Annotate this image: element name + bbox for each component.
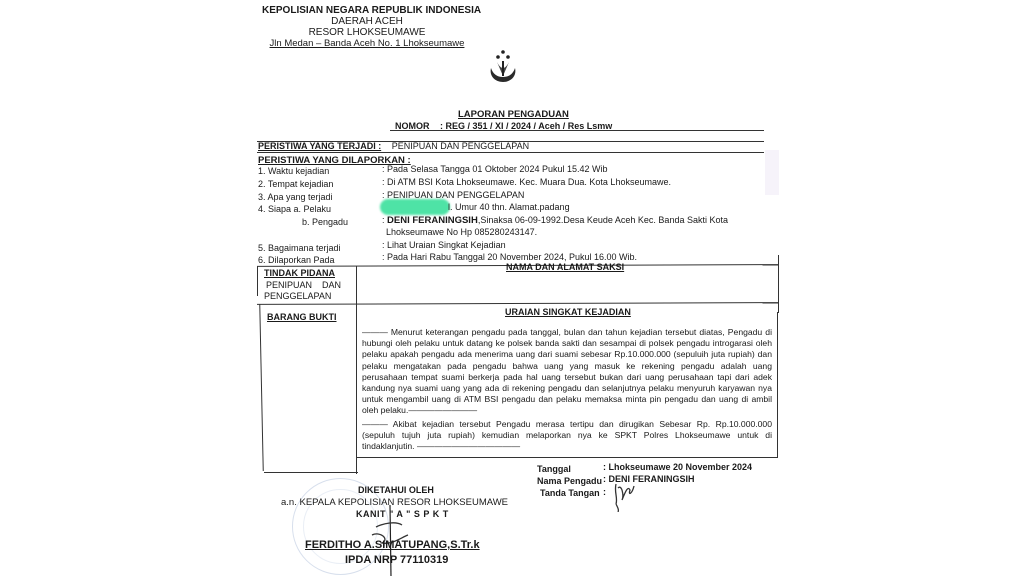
detail-value-4a: l. Umur 40 thn. Alamat.padang bbox=[448, 202, 570, 213]
letterhead: KEPOLISIAN NEGARA REPUBLIK INDONESIA DAE… bbox=[262, 5, 472, 49]
officer-rank: IPDA NRP 77110319 bbox=[345, 555, 448, 566]
letterhead-address: Jln Medan – Banda Aceh No. 1 Lhokseumawe bbox=[262, 38, 472, 49]
barang-bukti-label: BARANG BUKTI bbox=[267, 312, 337, 323]
tindak-pidana-value-2: PENGGELAPAN bbox=[264, 291, 331, 302]
tanggal-label: Tanggal bbox=[537, 464, 571, 475]
detail-label-2: 2. Tempat kejadian bbox=[258, 179, 333, 190]
officer-name: FERDITHO A.SIMATUPANG,S.Tr.k bbox=[305, 540, 480, 551]
letterhead-line3: RESOR LHOKSEUMAWE bbox=[262, 27, 472, 38]
detail-label-1: 1. Waktu kejadian bbox=[258, 166, 329, 177]
detail-value-4b: : DENI FERANINGSIH,Sinaksa 06-09-1992.De… bbox=[382, 215, 728, 226]
peristiwa-terjadi-value: PENIPUAN DAN PENGGELAPAN bbox=[392, 141, 529, 151]
tindak-pidana-value-1: PENIPUAN DAN bbox=[266, 280, 341, 291]
tanda-tangan-label: Tanda Tangan bbox=[540, 488, 600, 499]
tanggal-value: : Lhokseumawe 20 November 2024 bbox=[603, 462, 752, 473]
detail-label-3: 3. Apa yang terjadi bbox=[258, 192, 333, 203]
detail-label-4a: 4. Siapa a. Pelaku bbox=[258, 204, 331, 215]
tanda-tangan-colon: : bbox=[603, 487, 606, 498]
peristiwa-terjadi: PERISTIWA YANG TERJADI : PENIPUAN DAN PE… bbox=[258, 141, 529, 152]
nama-pengadu-label: Nama Pengadu bbox=[537, 476, 602, 487]
letterhead-line1: KEPOLISIAN NEGARA REPUBLIK INDONESIA bbox=[262, 5, 472, 16]
pengadu-name: DENI FERANINGSIH bbox=[387, 215, 478, 226]
letterhead-line2: DAERAH ACEH bbox=[262, 16, 472, 27]
peristiwa-terjadi-label: PERISTIWA YANG TERJADI : bbox=[258, 141, 381, 151]
pengadu-signature-icon bbox=[610, 478, 638, 517]
detail-value-2: : Di ATM BSI Kota Lhokseumawe. Kec. Muar… bbox=[382, 177, 671, 188]
detail-value-5: : Lihat Uraian Singkat Kejadian bbox=[382, 240, 506, 251]
uraian-paragraph-1: ——— Menurut keterangan pengadu pada tang… bbox=[362, 327, 772, 417]
detail-label-6: 6. Dilaporkan Pada bbox=[258, 255, 335, 266]
detail-label-5: 5. Bagaimana terjadi bbox=[258, 243, 341, 254]
uraian-paragraph-2: ——— Akibat kejadian tersebut Pengadu mer… bbox=[362, 419, 772, 453]
detail-value-1: : Pada Selasa Tangga 01 Oktober 2024 Puk… bbox=[382, 164, 608, 175]
detail-label-4b: b. Pengadu bbox=[302, 217, 348, 228]
tindak-pidana-label: TINDAK PIDANA bbox=[264, 268, 335, 279]
officer-line1: DIKETAHUI OLEH bbox=[358, 485, 434, 496]
uraian-label: URAIAN SINGKAT KEJADIAN bbox=[505, 307, 631, 318]
detail-value-4b-line2: Lhokseumawe No Hp 085280243147. bbox=[386, 227, 537, 238]
redacted-name bbox=[380, 199, 450, 215]
report-title: LAPORAN PENGADUAN bbox=[458, 109, 569, 120]
pengadu-detail: ,Sinaksa 06-09-1992.Desa Keude Aceh Kec.… bbox=[478, 215, 728, 225]
police-emblem-icon bbox=[483, 46, 523, 86]
saksi-label: NAMA DAN ALAMAT SAKSI bbox=[506, 262, 624, 273]
